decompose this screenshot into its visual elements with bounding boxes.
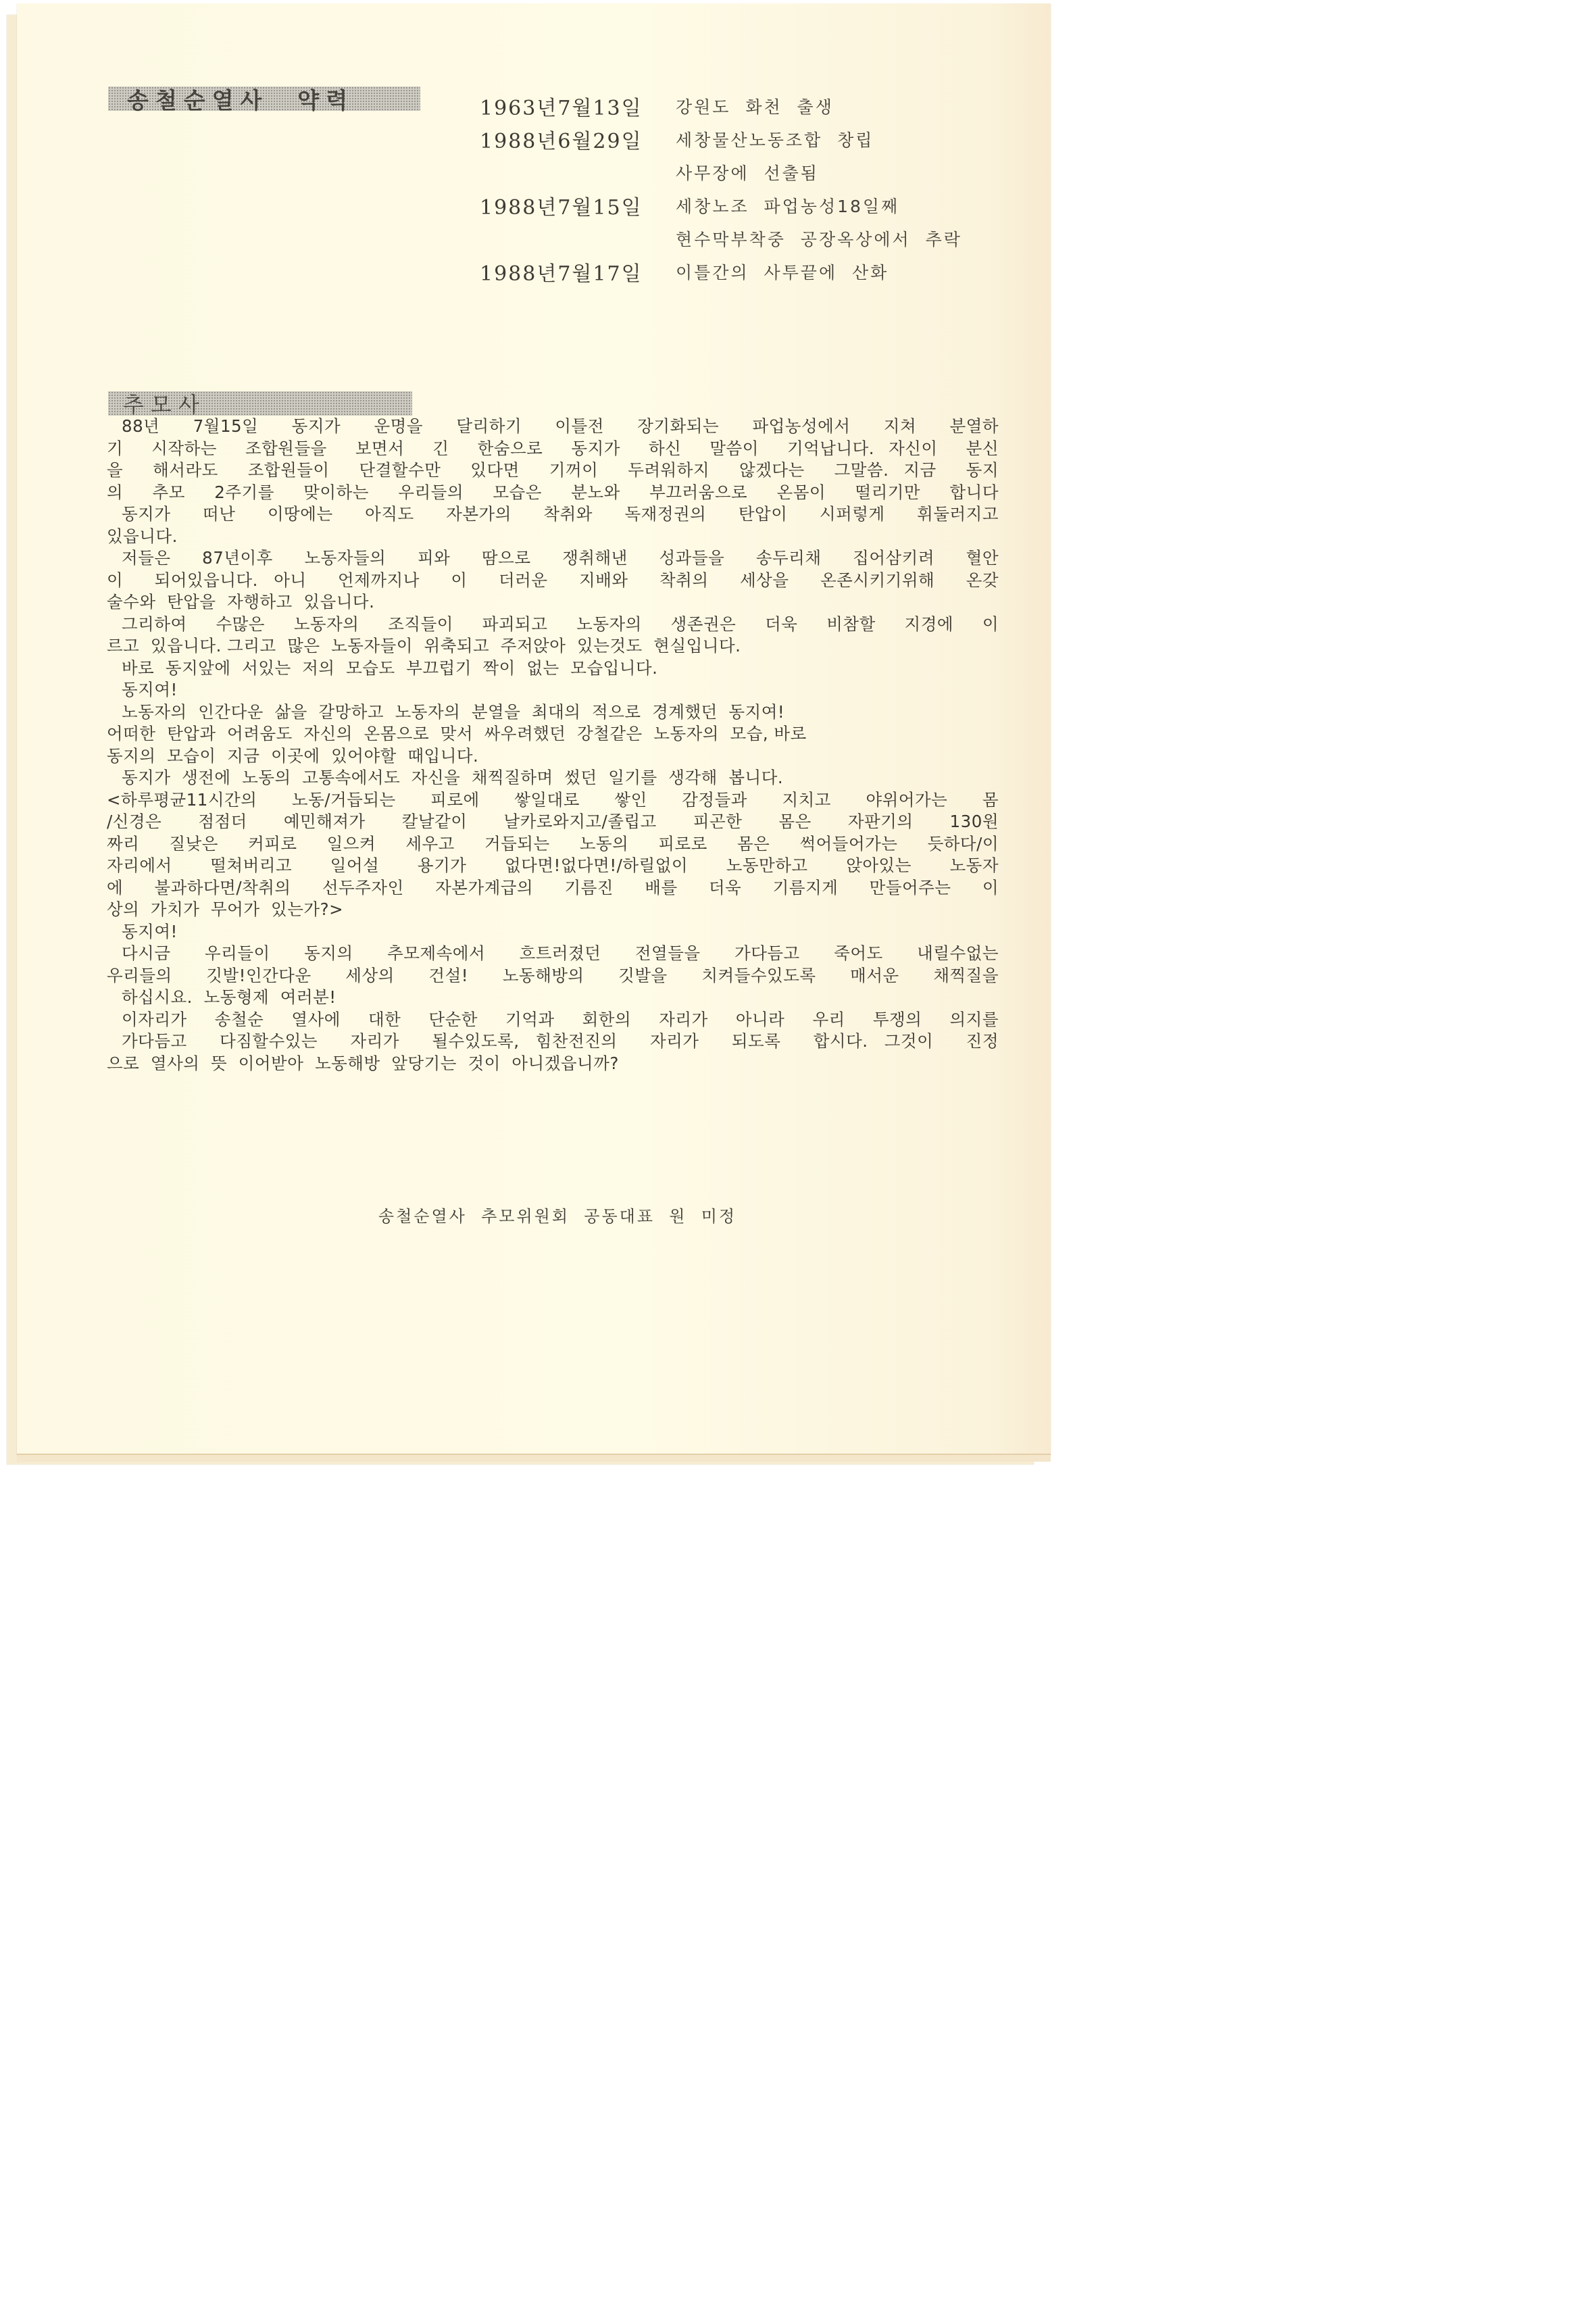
eulogy-line: 상의 가치가 무어가 있는가?> <box>107 899 999 921</box>
eulogy-line: 88년 7월15일 동지가 운명을 달리하기 이틀전 장기화되는 파업농성에서 … <box>107 416 999 438</box>
biography-entry: 1963년7월13일강원도 화천 출생 <box>480 89 1034 122</box>
eulogy-line: 짜리 질낮은 커피로 일으켜 세우고 거듭되는 노동의 피로로 몸은 썩어들어가… <box>107 833 999 856</box>
eulogy-line: 동지가 생전에 노동의 고통속에서도 자신을 채찍질하며 썼던 일기를 생각해 … <box>107 767 999 789</box>
biography-event: 세창노조 파업농성18일째 <box>676 193 899 218</box>
biography-heading: 송철순열사 약력 <box>108 86 420 111</box>
eulogy-line: /신경은 점점더 예민해져가 칼날같이 날카로와지고/졸립고 피곤한 몸은 자판… <box>107 811 999 833</box>
biography-entry: 사무장에 선출됨 <box>480 155 1034 189</box>
biography-date: 1963년7월13일 <box>480 91 676 121</box>
eulogy-line: 르고 있읍니다. 그리고 많은 노동자들이 위축되고 주저앉아 있는것도 현실입… <box>107 635 999 658</box>
eulogy-line: 의 추모 2주기를 맞이하는 우리들의 모습은 분노와 부끄러움으로 온몸이 떨… <box>107 482 999 504</box>
eulogy-line: 기 시작하는 조합원들을 보면서 긴 한숨으로 동지가 하신 말씀이 기억납니다… <box>107 438 999 460</box>
biography-event: 사무장에 선출됨 <box>676 160 819 184</box>
eulogy-line: 노동자의 인간다운 삶을 갈망하고 노동자의 분열을 최대의 적으로 경계했던 … <box>107 701 999 724</box>
eulogy-line: 을 해서라도 조합원들이 단결할수만 있다면 기꺼이 두려워하지 않겠다는 그말… <box>107 460 999 482</box>
eulogy-line: <하루평균11시간의 노동/거듭되는 피로에 쌓일대로 쌓인 감정들과 지치고 … <box>107 789 999 812</box>
biography-heading-text: 송철순열사 약력 <box>108 83 354 115</box>
eulogy-line: 저들은 87년이후 노동자들의 피와 땀으로 쟁취해낸 성과들을 송두리채 집어… <box>107 547 999 570</box>
eulogy-line: 어떠한 탄압과 어려움도 자신의 온몸으로 맞서 싸우려했던 강철같은 노동자의… <box>107 723 999 745</box>
biography-entry: 1988년7월17일이틀간의 사투끝에 산화 <box>480 255 1034 288</box>
eulogy-heading: 추모사 <box>108 391 412 416</box>
biography-event: 이틀간의 사투끝에 산화 <box>676 259 889 284</box>
eulogy-line: 으로 열사의 뜻 이어받아 노동해방 앞당기는 것이 아니겠읍니까? <box>107 1053 999 1075</box>
eulogy-line: 동지의 모습이 지금 이곳에 있어야할 때입니다. <box>107 745 999 768</box>
eulogy-line: 자리에서 떨쳐버리고 일어설 용기가 없다면!없다면!/하릴없이 노동만하고 앉… <box>107 855 999 877</box>
eulogy-line: 동지가 떠난 이땅에는 아직도 자본가의 착취와 독재정권의 탄압이 시퍼렇게 … <box>107 503 999 526</box>
eulogy-body: 88년 7월15일 동지가 운명을 달리하기 이틀전 장기화되는 파업농성에서 … <box>107 416 999 1074</box>
eulogy-line: 가다듬고 다짐할수있는 자리가 될수있도록, 힘찬전진의 자리가 되도록 합시다… <box>107 1031 999 1053</box>
biography-entry: 1988년7월15일세창노조 파업농성18일째 <box>480 189 1034 222</box>
eulogy-line: 에 불과하다면/착취의 선두주자인 자본가계급의 기름진 배를 더욱 기름지게 … <box>107 877 999 899</box>
biography-date: 1988년7월17일 <box>480 257 676 287</box>
eulogy-line: 동지여! <box>107 921 999 943</box>
eulogy-line: 하십시요. 노동형제 여러분! <box>107 987 999 1009</box>
biography-event: 세창물산노동조합 창립 <box>676 127 874 151</box>
biography-entry: 1988년6월29일세창물산노동조합 창립 <box>480 122 1034 155</box>
signature: 송철순열사 추모위원회 공동대표 원 미정 <box>101 1203 1014 1227</box>
eulogy-line: 있읍니다. <box>107 526 999 548</box>
biography-event: 강원도 화천 출생 <box>676 94 834 118</box>
biography-date: 1988년7월15일 <box>480 191 676 220</box>
biography-event: 현수막부착중 공장옥상에서 추락 <box>676 226 962 251</box>
biography-entry: 현수막부착중 공장옥상에서 추락 <box>480 222 1034 255</box>
eulogy-line: 술수와 탄압을 자행하고 있읍니다. <box>107 591 999 614</box>
eulogy-line: 다시금 우리들이 동지의 추모제속에서 흐트러졌던 전열들을 가다듬고 죽어도 … <box>107 943 999 965</box>
biography-date: 1988년6월29일 <box>480 124 676 154</box>
biography-list: 1963년7월13일강원도 화천 출생1988년6월29일세창물산노동조합 창립… <box>480 89 1034 288</box>
eulogy-line: 동지여! <box>107 679 999 701</box>
eulogy-line: 바로 동지앞에 서있는 저의 모습도 부끄럽기 짝이 없는 모습입니다. <box>107 658 999 680</box>
eulogy-line: 우리들의 깃발!인간다운 세상의 건설! 노동해방의 깃발을 치켜들수있도록 매… <box>107 965 999 987</box>
eulogy-line: 이자리가 송철순 열사에 대한 단순한 기억과 회한의 자리가 아니라 우리 투… <box>107 1009 999 1031</box>
eulogy-line: 그리하여 수많은 노동자의 조직들이 파괴되고 노동자의 생존권은 더욱 비참할… <box>107 614 999 636</box>
eulogy-heading-text: 추모사 <box>108 388 206 419</box>
eulogy-line: 이 되어있읍니다. 아니 언제까지나 이 더러운 지배와 착취의 세상을 온존시… <box>107 570 999 592</box>
